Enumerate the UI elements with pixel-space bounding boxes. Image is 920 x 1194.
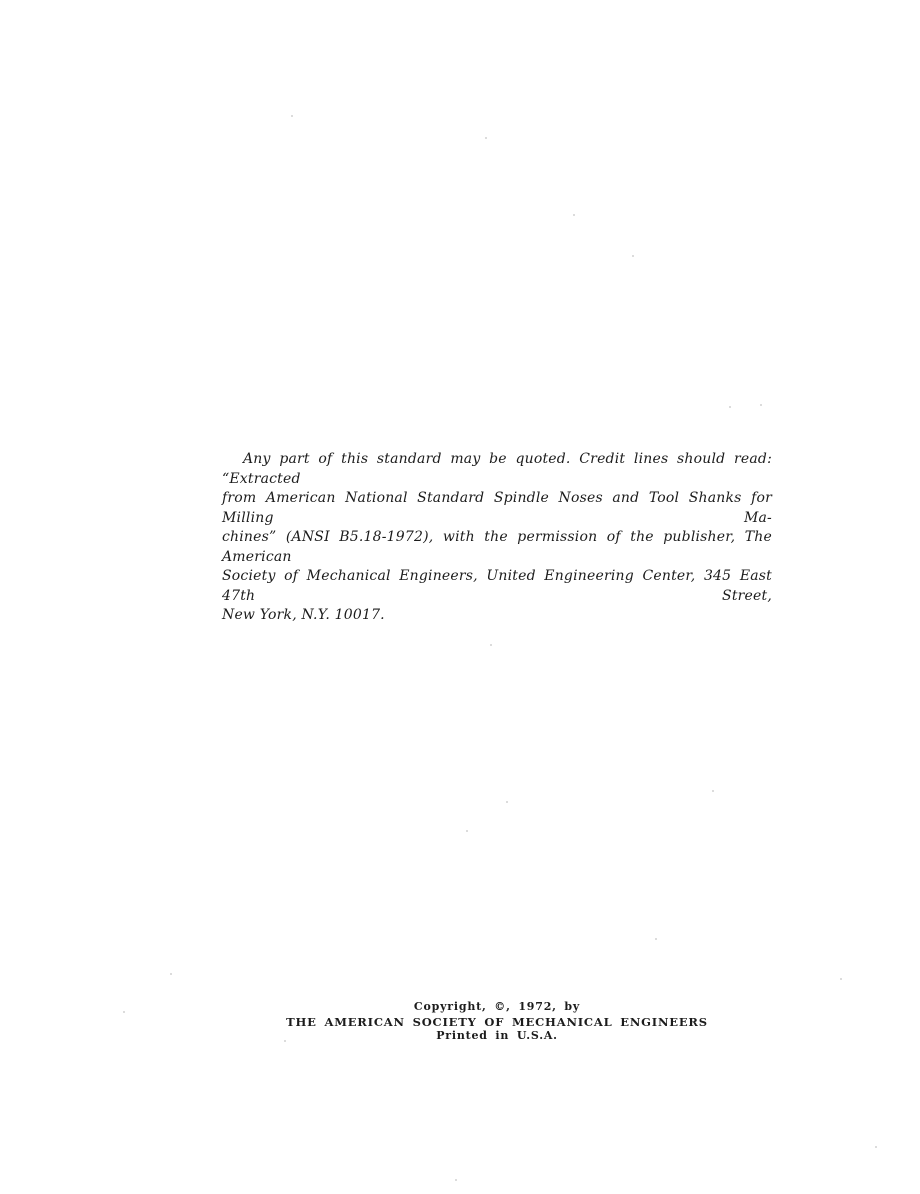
copyright-year-line: Copyright, ©, 1972, by [222, 1000, 772, 1015]
scan-speck [712, 790, 714, 792]
scan-speck [123, 1011, 125, 1013]
notice-line-4: Society of Mechanical Engineers, United … [222, 567, 772, 606]
scan-speck [655, 938, 657, 940]
scan-speck [632, 255, 634, 257]
scan-speck [466, 830, 468, 832]
scan-speck [760, 404, 762, 406]
publisher-name-line: THE AMERICAN SOCIETY OF MECHANICAL ENGIN… [222, 1015, 772, 1030]
scan-speck [291, 115, 293, 117]
scan-speck [875, 1146, 877, 1148]
scan-speck [455, 1179, 457, 1181]
document-page: Any part of this standard may be quoted.… [0, 0, 920, 1194]
copyright-block: Copyright, ©, 1972, by THE AMERICAN SOCI… [222, 1000, 772, 1044]
scan-speck [490, 644, 492, 646]
scan-speck [840, 978, 842, 980]
scan-speck [506, 801, 508, 803]
scan-speck [170, 973, 172, 975]
notice-line-5: New York, N.Y. 10017. [222, 606, 772, 626]
notice-line-1: Any part of this standard may be quoted.… [222, 450, 772, 489]
notice-line-3: chines” (ANSI B5.18-1972), with the perm… [222, 528, 772, 567]
scan-speck [729, 406, 731, 408]
notice-line-2: from American National Standard Spindle … [222, 489, 772, 528]
credit-line-notice: Any part of this standard may be quoted.… [222, 450, 772, 626]
scan-speck [573, 214, 575, 216]
scan-speck [485, 137, 487, 139]
printed-in-line: Printed in U.S.A. [222, 1029, 772, 1044]
